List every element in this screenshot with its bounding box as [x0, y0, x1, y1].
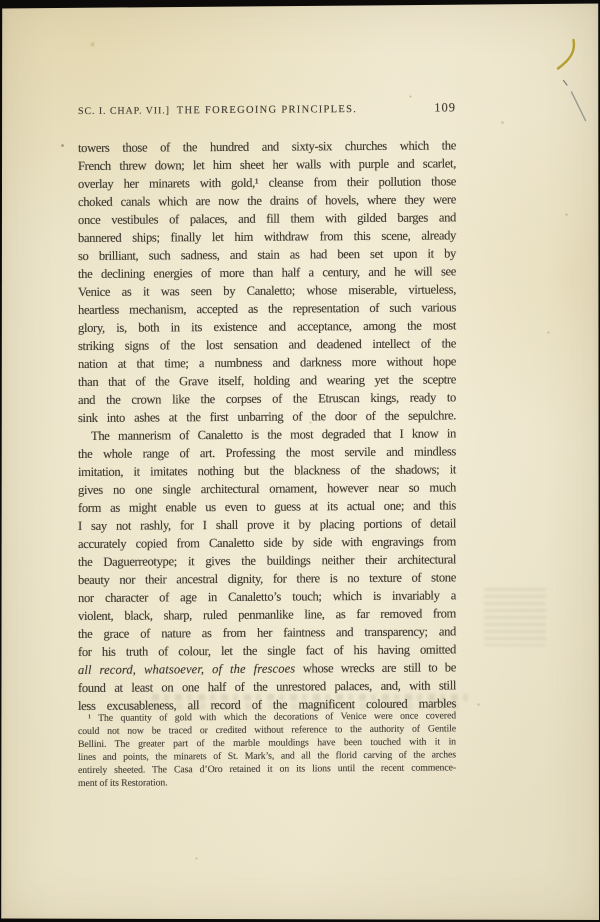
pen-mark-line — [572, 92, 586, 121]
pen-mark-tick — [564, 81, 568, 86]
italic-text: all record, whatsoever, of the frescoes — [78, 661, 295, 677]
footnote: ¹ The quantity of gold with which the de… — [78, 709, 456, 790]
pen-mark-yellow — [558, 40, 574, 69]
footnote-line: ment of its Restoration. — [78, 775, 456, 791]
scanned-page: SC. I. CHAP. VII.] THE FOREGOING PRINCIP… — [0, 0, 600, 922]
text: whose wrecks are still to be — [295, 660, 456, 675]
header-title: THE FOREGOING PRINCIPLES. — [177, 103, 357, 117]
running-header: SC. I. CHAP. VII.] THE FOREGOING PRINCIP… — [78, 101, 456, 118]
scan-edge-top — [0, 0, 600, 9]
scan-edge-bottom — [0, 919, 600, 922]
header-section-label: SC. I. CHAP. VII.] — [78, 104, 177, 118]
header-page-number: 109 — [357, 101, 456, 115]
paper-foxing-specks — [0, 0, 1, 1]
page-content: SC. I. CHAP. VII.] THE FOREGOING PRINCIP… — [78, 101, 456, 715]
scan-edge-left — [0, 0, 2, 922]
body-text: towers those of the hundred and sixty-si… — [78, 136, 456, 715]
margin-showthrough-block — [484, 588, 546, 646]
